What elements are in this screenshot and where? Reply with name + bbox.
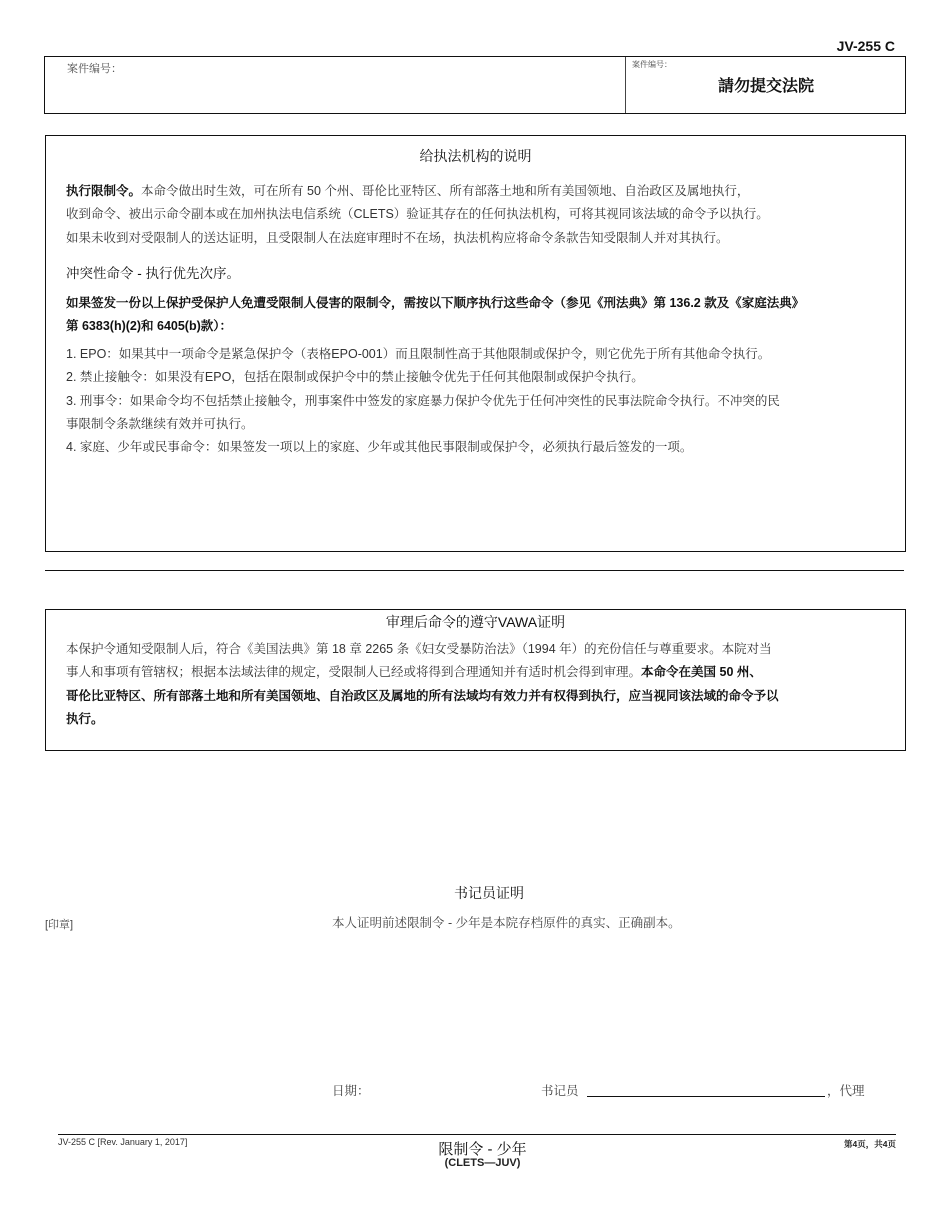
page-number: 第4页，共4页 <box>844 1138 896 1150</box>
enforcing-line: 收到命令、被出示命令副本或在加州执法电信系统（CLETS）验证其存在的任何执法机… <box>66 203 887 226</box>
section-title: 给执法机构的说明 <box>46 146 905 166</box>
form-id: JV-255 C <box>837 38 895 54</box>
list-item-continuation: 事限制令条款继续有效并可执行。 <box>66 413 875 436</box>
clerk-signature-line[interactable] <box>587 1096 825 1097</box>
case-number-label: 案件编号： <box>67 60 122 76</box>
section-title: 审理后命令的遵守VAWA证明 <box>46 612 905 632</box>
deputy-label: ，代理 <box>827 1081 865 1099</box>
priority-line: 第 6383(h)(2)和 6405(b)款）： <box>66 315 891 338</box>
vawa-line-bold: 本命令在美国 50 州、 <box>641 665 762 679</box>
form-title: 限制令 - 少年 <box>0 1138 950 1159</box>
form-subtitle: (CLETS—JUV) <box>0 1157 950 1169</box>
conflicting-orders-heading: 冲突性命令 - 执行优先次序。 <box>66 262 240 282</box>
case-number-box: 案件编号： 案件编号： 請勿提交法院 <box>44 56 906 114</box>
priority-line: 如果签发一份以上保护受保护人免遭受限制人侵害的限制令，需按以下顺序执行这些命令（… <box>66 292 891 315</box>
divider <box>45 570 904 571</box>
do-not-file-notice: 請勿提交法院 <box>627 73 905 96</box>
clerk-label: 书记员 <box>541 1081 579 1099</box>
case-number-label-small: 案件编号： <box>632 59 672 70</box>
date-label: 日期： <box>332 1081 370 1099</box>
list-item: 2. 禁止接触令：如果没有EPO，包括在限制或保护令中的禁止接触令优先于任何其他… <box>66 366 875 389</box>
vawa-line: 本保护令通知受限制人后，符合《美国法典》第 18 章 2265 条《妇女受暴防治… <box>66 638 887 661</box>
law-enforcement-instructions-box: 给执法机构的说明 执行限制令。本命令做出时生效，可在所有 50 个州、哥伦比亚特… <box>45 135 906 552</box>
priority-paragraph: 如果签发一份以上保护受保护人免遭受限制人侵害的限制令，需按以下顺序执行这些命令（… <box>66 292 891 339</box>
priority-list: 1. EPO：如果其中一项命令是紧急保护令（表格EPO-001）而且限制性高于其… <box>66 343 875 459</box>
enforcing-line: 如果未收到对受限制人的送达证明，且受限制人在法庭审理时不在场，执法机构应将命令条… <box>66 227 887 250</box>
list-item: 1. EPO：如果其中一项命令是紧急保护令（表格EPO-001）而且限制性高于其… <box>66 343 875 366</box>
vawa-line-bold: 哥伦比亚特区、所有部落土地和所有美国领地、自治政区及属地的所有法域均有效力并有权… <box>66 689 779 703</box>
seal-placeholder: [印章] <box>45 916 73 932</box>
clerk-certification-text: 本人证明前述限制令 - 少年是本院存档原件的真实、正确副本。 <box>332 913 681 931</box>
enforcing-paragraph: 执行限制令。本命令做出时生效，可在所有 50 个州、哥伦比亚特区、所有部落土地和… <box>66 180 887 250</box>
list-item: 4. 家庭、少年或民事命令：如果签发一项以上的家庭、少年或其他民事限制或保护令，… <box>66 436 875 459</box>
enforcing-line: 本命令做出时生效，可在所有 50 个州、哥伦比亚特区、所有部落土地和所有美国领地… <box>141 184 749 198</box>
clerk-certificate-title: 书记员证明 <box>0 883 950 903</box>
vawa-line: 事人和事项有管辖权；根据本法域法律的规定，受限制人已经或将得到合理通知并有适时机… <box>66 665 641 679</box>
footer-divider <box>58 1134 896 1135</box>
vawa-line-bold: 执行。 <box>66 712 104 726</box>
vawa-certificate-box: 审理后命令的遵守VAWA证明 本保护令通知受限制人后，符合《美国法典》第 18 … <box>45 609 906 751</box>
enforcing-heading: 执行限制令。 <box>66 184 141 198</box>
case-number-field[interactable]: 案件编号： <box>45 57 626 113</box>
list-item: 3. 刑事令：如果命令均不包括禁止接触令，刑事案件中签发的家庭暴力保护令优先于任… <box>66 390 875 413</box>
vawa-paragraph: 本保护令通知受限制人后，符合《美国法典》第 18 章 2265 条《妇女受暴防治… <box>66 638 887 731</box>
